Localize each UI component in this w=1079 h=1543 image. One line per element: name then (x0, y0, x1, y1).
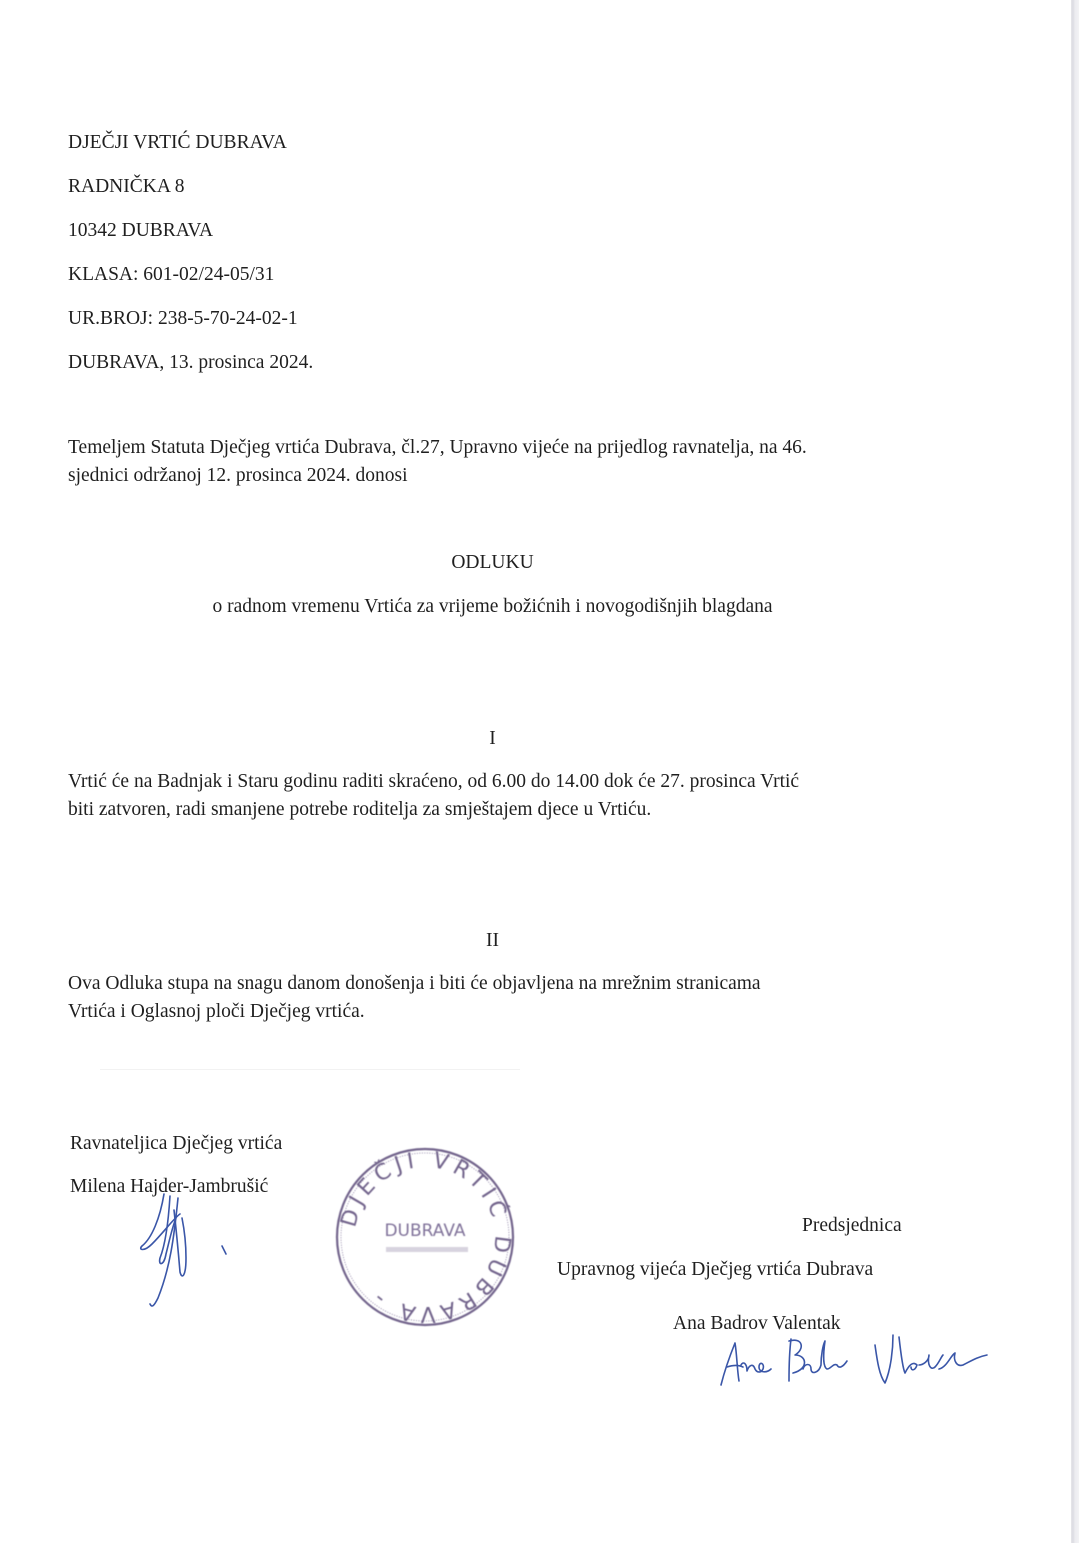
preamble-line: sjednici održanoj 12. prosinca 2024. don… (68, 462, 807, 490)
preamble-line: Temeljem Statuta Dječjeg vrtića Dubrava,… (68, 434, 807, 462)
institution-street: RADNIČKA 8 (68, 177, 184, 197)
article-body: Vrtić će na Badnjak i Staru godinu radit… (68, 768, 799, 824)
director-signature (130, 1188, 240, 1313)
document-page: DJEČJI VRTIĆ DUBRAVA RADNIČKA 8 10342 DU… (0, 0, 1071, 1543)
scan-artifact (100, 1069, 520, 1070)
preamble: Temeljem Statuta Dječjeg vrtića Dubrava,… (68, 434, 807, 490)
place-and-date: DUBRAVA, 13. prosinca 2024. (68, 353, 313, 373)
official-stamp: DJEČJI VRTIĆ DUBRAVA - DUBRAVA (330, 1142, 520, 1332)
klasa-number: KLASA: 601-02/24-05/31 (68, 265, 274, 285)
urbroj-number: UR.BROJ: 238-5-70-24-02-1 (68, 309, 298, 329)
chair-signature (715, 1325, 990, 1395)
article-body: Ova Odluka stupa na snagu danom donošenj… (68, 970, 761, 1026)
chair-role-body: Upravnog vijeća Dječjeg vrtića Dubrava (557, 1260, 873, 1280)
stamp-center-text: DUBRAVA (384, 1221, 465, 1241)
article-line: biti zatvoren, radi smanjene potrebe rod… (68, 796, 799, 824)
article-line: Ova Odluka stupa na snagu danom donošenj… (68, 970, 761, 998)
article-line: Vrtića i Oglasnoj ploči Dječjeg vrtića. (68, 998, 761, 1026)
institution-name: DJEČJI VRTIĆ DUBRAVA (68, 133, 287, 153)
chair-role: Predsjednica (802, 1216, 902, 1236)
stamp-address-smudge (386, 1247, 468, 1252)
article-number: I (0, 728, 985, 750)
decision-title: ODLUKU (0, 552, 985, 574)
article-line: Vrtić će na Badnjak i Staru godinu radit… (68, 768, 799, 796)
institution-city: 10342 DUBRAVA (68, 221, 213, 241)
page-edge-shadow (1071, 0, 1079, 1543)
article-number: II (0, 930, 985, 952)
decision-subtitle: o radnom vremenu Vrtića za vrijeme božić… (0, 596, 985, 618)
director-role: Ravnateljica Dječjeg vrtića (70, 1134, 282, 1154)
